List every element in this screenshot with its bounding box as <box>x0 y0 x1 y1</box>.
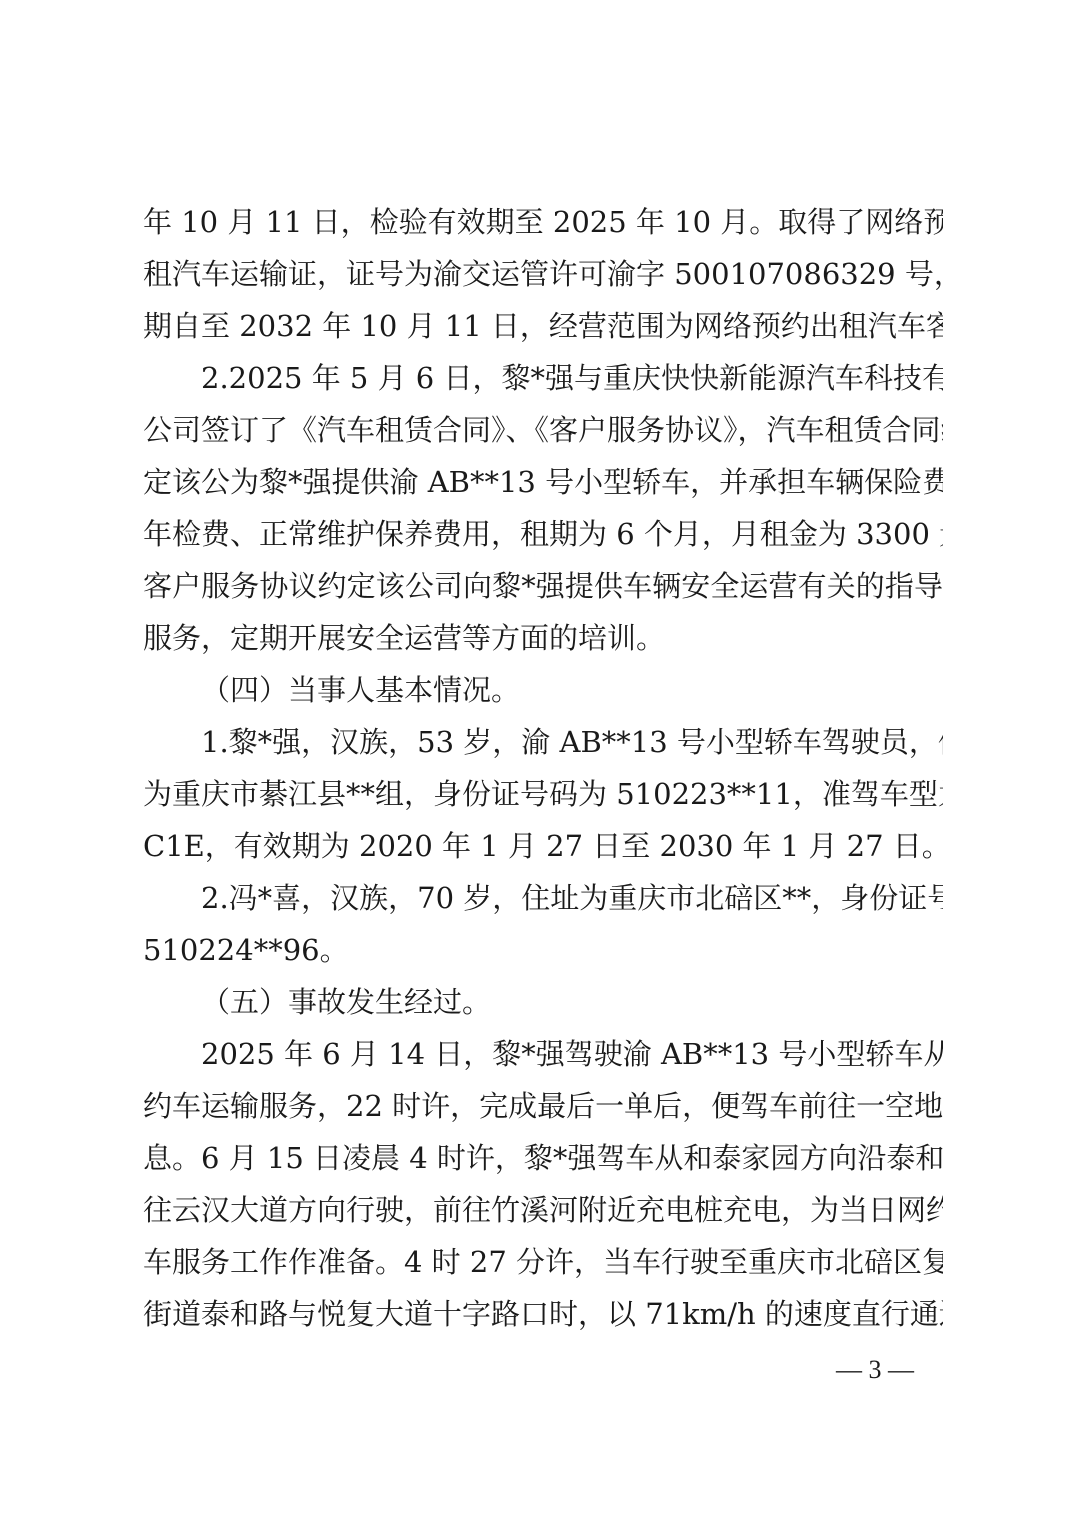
text-line: 车服务工作作准备。4 时 27 分许，当车行驶至重庆市北碚区复兴 <box>143 1236 943 1288</box>
text-line: 年检费、正常维护保养费用，租期为 6 个月，月租金为 3300 元。 <box>143 508 943 560</box>
text-line: 息。6 月 15 日凌晨 4 时许，黎*强驾车从和泰家园方向沿泰和路 <box>143 1132 943 1184</box>
paragraph-accident-narrative: 2025 年 6 月 14 日，黎*强驾驶渝 AB**13 号小型轿车从事网 约… <box>143 1028 943 1340</box>
text-line: 租汽车运输证，证号为渝交运管许可渝字 500107086329 号，有效 <box>143 248 943 300</box>
section-heading-parties: （四）当事人基本情况。 <box>143 664 943 716</box>
page-number: — 3 — <box>835 1355 915 1385</box>
text-line: 期自至 2032 年 10 月 11 日，经营范围为网络预约出租汽车客运。 <box>143 300 943 352</box>
text-line: 约车运输服务，22 时许，完成最后一单后，便驾车前往一空地休 <box>143 1080 943 1132</box>
section-heading-accident: （五）事故发生经过。 <box>143 976 943 1028</box>
text-line: 公司签订了《汽车租赁合同》、《客户服务协议》，汽车租赁合同约 <box>143 404 943 456</box>
text-line: C1E，有效期为 2020 年 1 月 27 日至 2030 年 1 月 27 … <box>143 820 943 872</box>
text-line: 1.黎*强，汉族，53 岁，渝 AB**13 号小型轿车驾驶员，住址 <box>143 716 943 768</box>
text-line: 2025 年 6 月 14 日，黎*强驾驶渝 AB**13 号小型轿车从事网 <box>143 1028 943 1080</box>
text-line: 定该公为黎*强提供渝 AB**13 号小型轿车，并承担车辆保险费、 <box>143 456 943 508</box>
text-line: 客户服务协议约定该公司向黎*强提供车辆安全运营有关的指导 <box>143 560 943 612</box>
text-line: 往云汉大道方向行驶，前往竹溪河附近充电桩充电，为当日网约 <box>143 1184 943 1236</box>
paragraph-lease-contract: 2.2025 年 5 月 6 日，黎*强与重庆快快新能源汽车科技有限 公司签订了… <box>143 352 943 664</box>
text-line: 街道泰和路与悦复大道十字路口时，以 71km/h 的速度直行通过 <box>143 1288 943 1340</box>
text-line: 为重庆市綦江县**组，身份证号码为 510223**11，准驾车型为 <box>143 768 943 820</box>
paragraph-party-2: 2.冯*喜，汉族，70 岁，住址为重庆市北碚区**，身份证号为 510224**… <box>143 872 943 976</box>
text-line: 年 10 月 11 日，检验有效期至 2025 年 10 月。取得了网络预约出 <box>143 196 943 248</box>
text-line: 2.2025 年 5 月 6 日，黎*强与重庆快快新能源汽车科技有限 <box>143 352 943 404</box>
document-page: 年 10 月 11 日，检验有效期至 2025 年 10 月。取得了网络预约出 … <box>143 196 943 1340</box>
text-line: 510224**96。 <box>143 924 943 976</box>
paragraph-license: 年 10 月 11 日，检验有效期至 2025 年 10 月。取得了网络预约出 … <box>143 196 943 352</box>
paragraph-party-1: 1.黎*强，汉族，53 岁，渝 AB**13 号小型轿车驾驶员，住址 为重庆市綦… <box>143 716 943 872</box>
text-line: 2.冯*喜，汉族，70 岁，住址为重庆市北碚区**，身份证号为 <box>143 872 943 924</box>
text-line: 服务，定期开展安全运营等方面的培训。 <box>143 612 943 664</box>
